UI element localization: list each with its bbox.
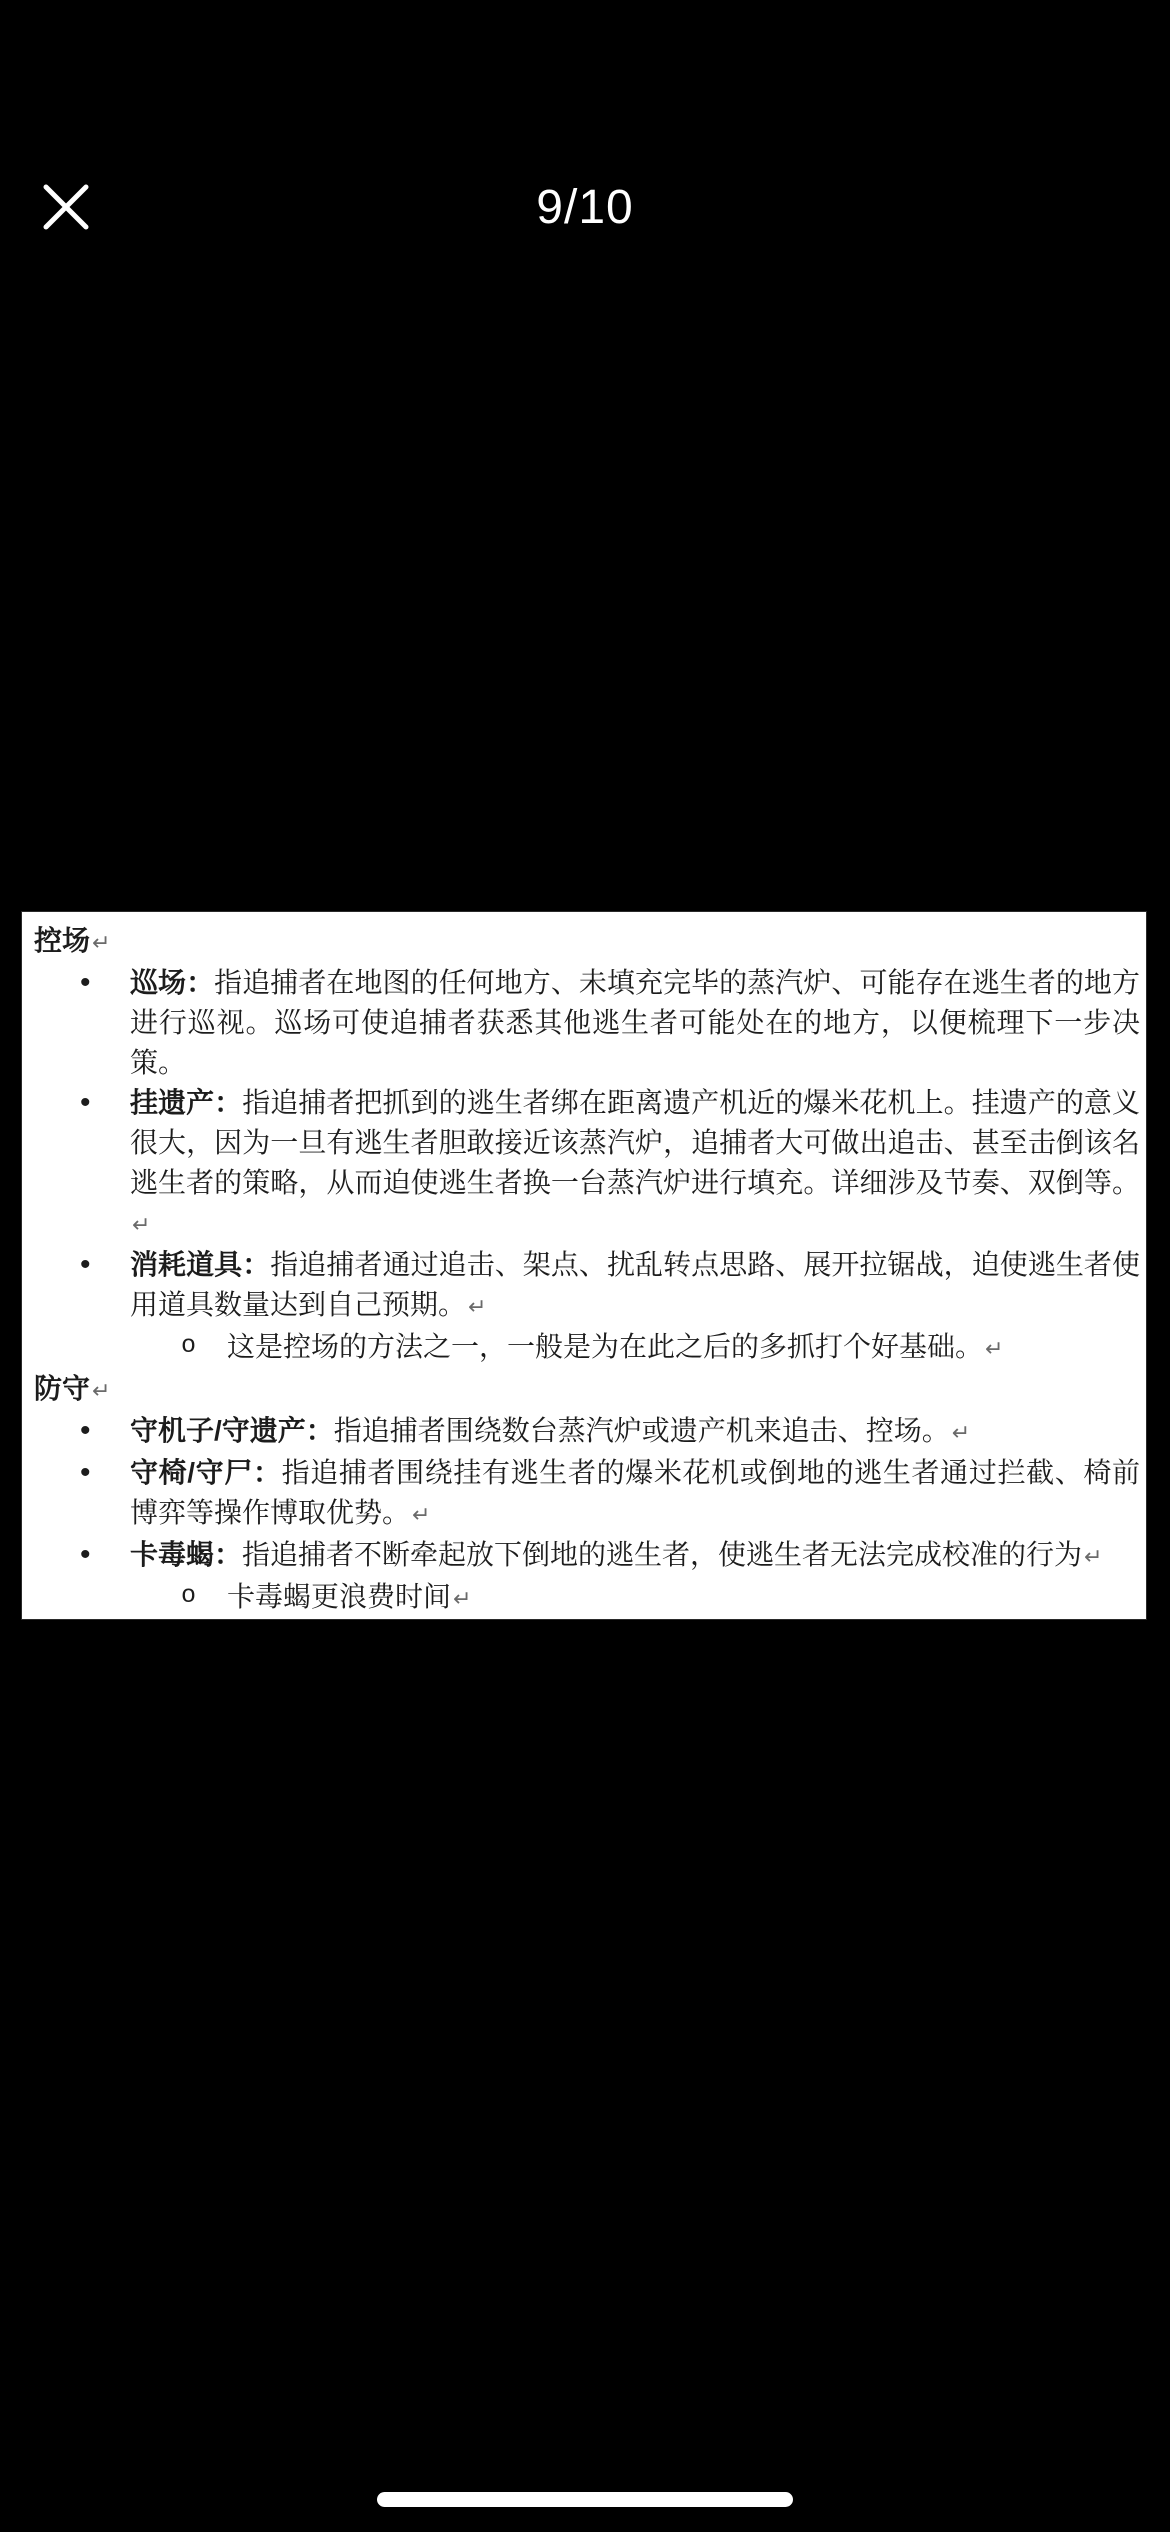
item-text: 卡毒蝎更浪费时间 — [227, 1581, 451, 1612]
list-item: o这是控场的方法之一，一般是为在此之后的多抓打个好基础。↵ — [34, 1327, 1140, 1369]
section-heading: 防守↵ — [34, 1369, 1140, 1411]
paragraph-return-icon: ↵ — [1082, 1544, 1102, 1569]
bullet-icon: • — [80, 1453, 91, 1493]
item-term: 守机子/守遗产： — [130, 1415, 334, 1446]
paragraph-return-icon: ↵ — [90, 930, 110, 955]
item-term: 消耗道具： — [130, 1249, 270, 1280]
heading-text: 防守 — [34, 1373, 90, 1404]
paragraph-return-icon: ↵ — [950, 1420, 970, 1445]
paragraph-return-icon: ↵ — [983, 1336, 1003, 1361]
document-image[interactable]: 控场↵•巡场：指追捕者在地图的任何地方、未填充完毕的蒸汽炉、可能存在逃生者的地方… — [21, 911, 1147, 1620]
item-text: 指追捕者不断牵起放下倒地的逃生者，使逃生者无法完成校准的行为 — [242, 1539, 1082, 1570]
bullet-icon: • — [80, 1535, 91, 1575]
circle-icon: o — [181, 1618, 196, 1620]
list-item: •巡场：指追捕者在地图的任何地方、未填充完毕的蒸汽炉、可能存在逃生者的地方进行巡… — [34, 963, 1140, 1083]
bullet-icon: • — [80, 963, 91, 1003]
list-item: o如果逃生者已经挣扎（出现烟雾粒子、发出声音），则该逃生者未携带或已使用毒蝎。↵ — [34, 1619, 1140, 1620]
paragraph-return-icon: ↵ — [90, 1378, 110, 1403]
item-text: 指追捕者通过追击、架点、扰乱转点思路、展开拉锯战，迫使逃生者使用道具数量达到自己… — [130, 1249, 1140, 1320]
item-text: 指追捕者围绕挂有逃生者的爆米花机或倒地的逃生者通过拦截、椅前博弈等操作博取优势。 — [130, 1457, 1140, 1528]
paragraph-return-icon: ↵ — [451, 1586, 471, 1611]
item-term: 卡毒蝎： — [130, 1539, 242, 1570]
list-item: o卡毒蝎更浪费时间↵ — [34, 1577, 1140, 1619]
photo-viewer-screen: { "screen": { "background": "#000000", "… — [0, 0, 1170, 2532]
section-heading: 控场↵ — [34, 921, 1140, 963]
bullet-icon: • — [80, 1083, 91, 1123]
paragraph-return-icon: ↵ — [410, 1502, 430, 1527]
item-term: 挂遗产： — [130, 1087, 242, 1118]
item-term: 守椅/守尸： — [130, 1457, 282, 1488]
item-text: 指追捕者围绕数台蒸汽炉或遗产机来追击、控场。 — [334, 1415, 950, 1446]
bullet-icon: • — [80, 1245, 91, 1285]
list-item: •守机子/守遗产：指追捕者围绕数台蒸汽炉或遗产机来追击、控场。↵ — [34, 1411, 1140, 1453]
item-term: 巡场： — [130, 967, 214, 998]
page-counter: 9/10 — [0, 178, 1170, 238]
item-text: 指追捕者在地图的任何地方、未填充完毕的蒸汽炉、可能存在逃生者的地方进行巡视。巡场… — [130, 967, 1140, 1078]
heading-text: 控场 — [34, 925, 90, 956]
list-item: •挂遗产：指追捕者把抓到的逃生者绑在距离遗产机近的爆米花机上。挂遗产的意义很大，… — [34, 1083, 1140, 1245]
paragraph-return-icon: ↵ — [130, 1212, 150, 1237]
circle-icon: o — [181, 1576, 196, 1616]
item-text: 指追捕者把抓到的逃生者绑在距离遗产机近的爆米花机上。挂遗产的意义很大，因为一旦有… — [130, 1087, 1140, 1198]
home-indicator[interactable] — [377, 2492, 793, 2507]
paragraph-return-icon: ↵ — [466, 1294, 486, 1319]
item-text: 这是控场的方法之一，一般是为在此之后的多抓打个好基础。 — [227, 1331, 983, 1362]
list-item: •守椅/守尸：指追捕者围绕挂有逃生者的爆米花机或倒地的逃生者通过拦截、椅前博弈等… — [34, 1453, 1140, 1535]
circle-icon: o — [181, 1326, 196, 1366]
bullet-icon: • — [80, 1411, 91, 1451]
list-item: •消耗道具：指追捕者通过追击、架点、扰乱转点思路、展开拉锯战，迫使逃生者使用道具… — [34, 1245, 1140, 1327]
list-item: •卡毒蝎：指追捕者不断牵起放下倒地的逃生者，使逃生者无法完成校准的行为↵ — [34, 1535, 1140, 1577]
